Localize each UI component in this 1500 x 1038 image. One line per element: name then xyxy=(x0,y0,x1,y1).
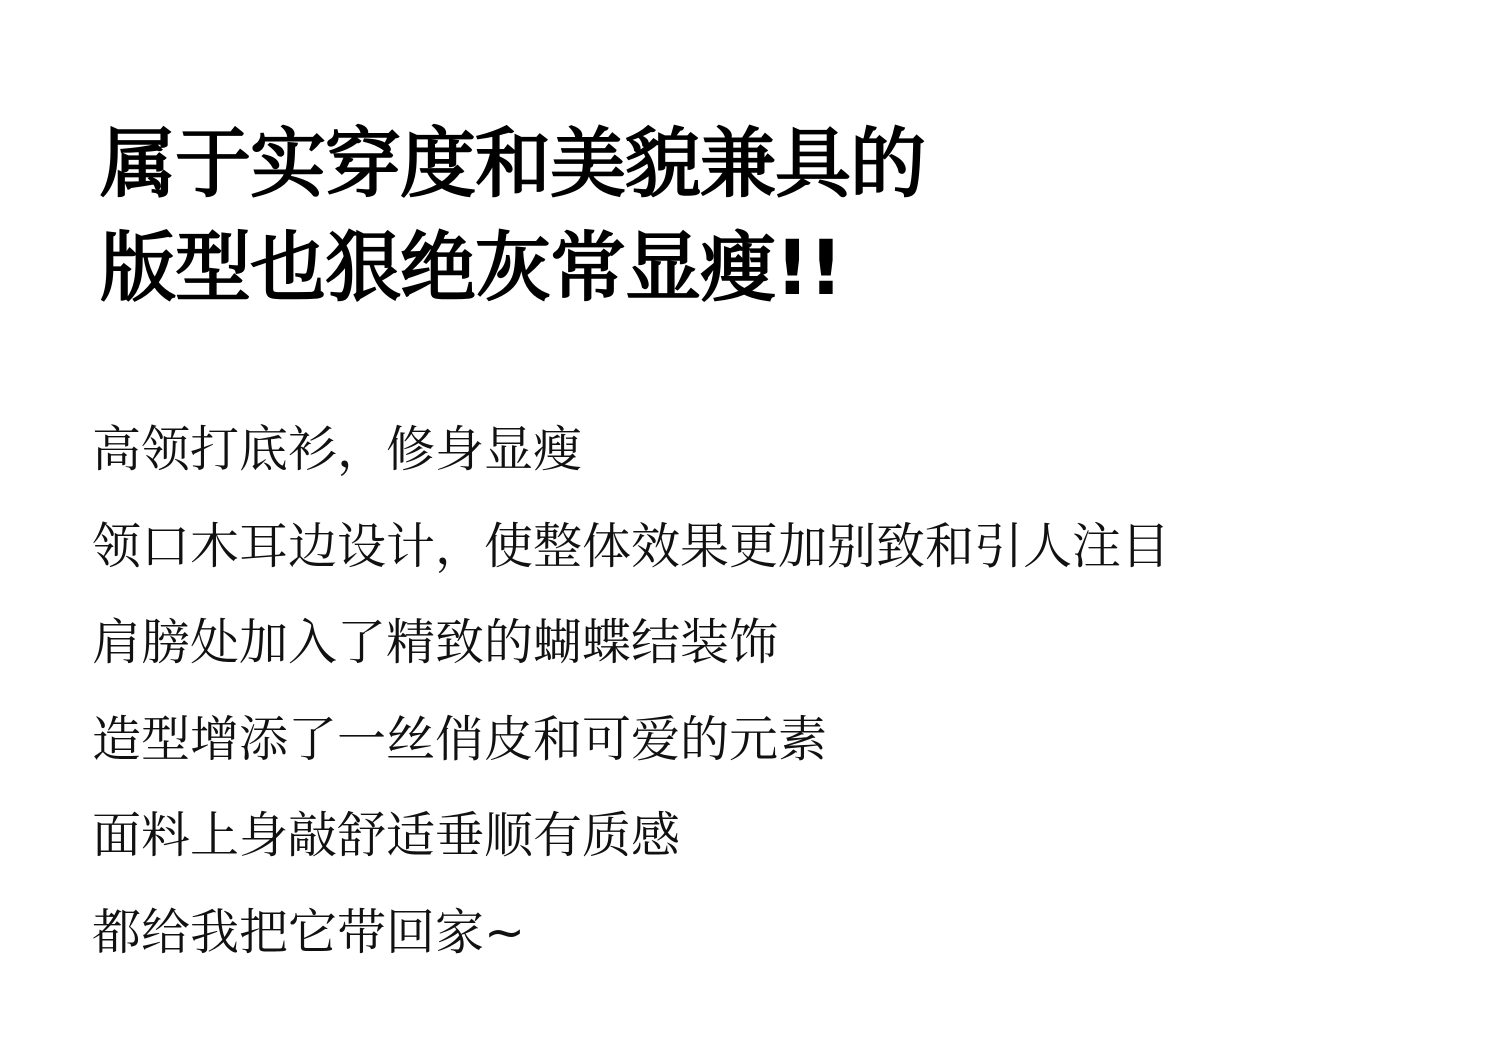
description-line-4: 造型增添了一丝俏皮和可爱的元素 xyxy=(92,692,1170,789)
headline-line-2: 版型也狠绝灰常显瘦!! xyxy=(100,216,925,320)
description-line-5: 面料上身敲舒适垂顺有质感 xyxy=(92,788,1170,885)
description-list: 高领打底衫，修身显瘦 领口木耳边设计，使整体效果更加别致和引人注目 肩膀处加入了… xyxy=(92,402,1170,981)
description-line-1: 高领打底衫，修身显瘦 xyxy=(92,402,1170,499)
headline-line-1: 属于实穿度和美貌兼具的 xyxy=(100,112,925,216)
description-line-2: 领口木耳边设计，使整体效果更加别致和引人注目 xyxy=(92,499,1170,596)
description-line-6: 都给我把它带回家~ xyxy=(92,885,1170,982)
description-line-3: 肩膀处加入了精致的蝴蝶结装饰 xyxy=(92,595,1170,692)
headline: 属于实穿度和美貌兼具的 版型也狠绝灰常显瘦!! xyxy=(100,112,925,320)
